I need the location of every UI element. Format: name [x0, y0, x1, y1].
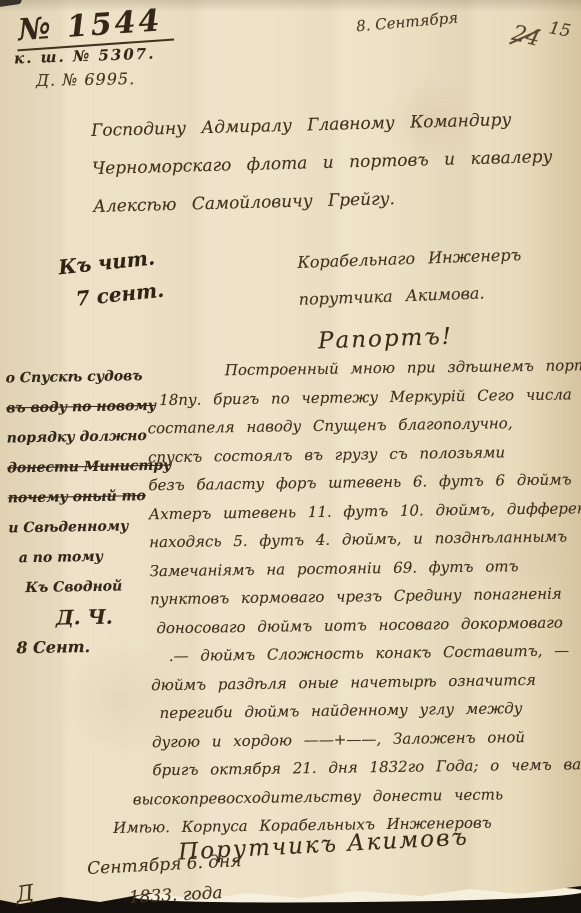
report-title: Рапортъ!	[318, 324, 454, 355]
sheet-number-mark: 15	[547, 18, 572, 41]
body-line: 18пу. бригъ по чертежу Меркурій Сего чис…	[159, 379, 581, 414]
report-body: Построенный мною при здѣшнемъ портѣ18пу.…	[147, 351, 581, 842]
sender-line: Корабельнаго Инженеръ	[297, 236, 522, 281]
margin-note-line: о Спускѣ судовъ	[5, 361, 170, 394]
margin-note-line: порядку должно	[6, 421, 171, 454]
margin-note-line: почему оный то	[7, 481, 172, 514]
cut-off-character: Д	[14, 881, 35, 908]
date-line: 1833. года	[128, 877, 244, 913]
sender-block: Корабельнаго Инженеръпорутчика Акимова.	[297, 236, 523, 318]
docket-note: Къ чит.7 сент.	[57, 241, 166, 317]
manuscript-scan: { "document": { "kind": "Scanned handwri…	[0, 0, 581, 913]
date-block: Сентября 6. дня1833. года	[86, 846, 243, 913]
sender-line: порутчика Акимова.	[298, 273, 523, 318]
address-block: Господину Адмиралу Главному КомандируЧер…	[91, 100, 554, 226]
file-number: Д. № 6995.	[36, 69, 136, 90]
margin-note-line: въ воду по новому	[6, 391, 171, 424]
margin-note-line: донести Министру	[7, 451, 172, 484]
body-line: Построенный мною при здѣшнемъ портѣ	[225, 351, 581, 385]
body-line: бригъ октября 21. дня 1832го Года; о чем…	[152, 750, 581, 785]
